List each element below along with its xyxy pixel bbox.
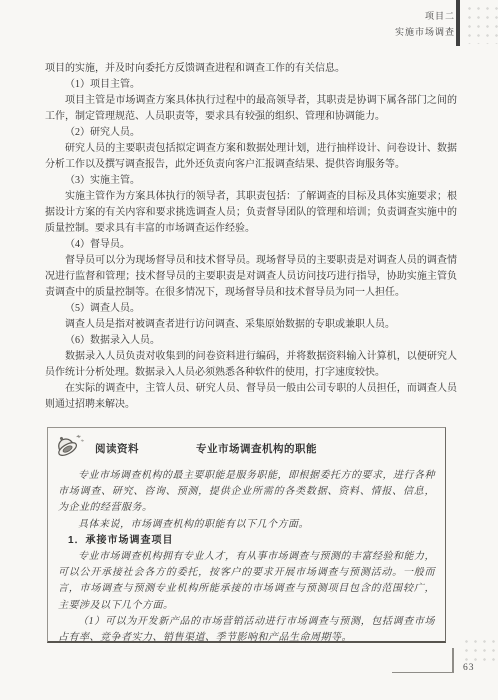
box-paragraph: 具体来说，市场调查机构的职能有以下几个方面。 [58, 517, 435, 533]
paragraph: 研究人员的主要职责包括拟定调查方案和数据处理计划，进行抽样设计、问卷设计、数据分… [45, 141, 457, 173]
reading-box-label: 阅读资料 [95, 441, 139, 456]
paragraph: 实施主管作为方案具体执行的领导者，其职责包括：了解调查的目标及具体实施要求；根据… [45, 189, 457, 237]
paragraph: 调查人员是指对被调查者进行访问调查、采集原始数据的专职或兼职人员。 [45, 317, 457, 333]
chapter-number: 项目二 [395, 9, 455, 25]
paragraph: 在实际的调查中，主管人员、研究人员、督导员一般由公司专职的人员担任，而调查人员则… [45, 381, 457, 413]
paragraph: （6）数据录入人员。 [45, 333, 457, 349]
paragraph: （4）督导员。 [45, 237, 457, 253]
running-header: 项目二 实施市场调查 [395, 9, 455, 40]
paragraph: （3）实施主管。 [45, 173, 457, 189]
paragraph: （1）项目主管。 [45, 77, 457, 93]
paragraph: （2）研究人员。 [45, 125, 457, 141]
paragraph: （5）调查人员。 [45, 301, 457, 317]
corner-rule-vertical [452, 648, 454, 673]
box-section-heading: 1．承接市场调查项目 [58, 533, 435, 549]
dot-pattern-bottom [461, 636, 498, 662]
corner-rule-horizontal [392, 672, 454, 674]
paragraph: 项目主管是市场调查方案具体执行过程中的最高领导者，其职责是协调下属各部门之间的工… [45, 93, 457, 125]
reading-box-title: 专业市场调查机构的职能 [196, 441, 317, 456]
header-rule-bar [456, 0, 460, 46]
chapter-title: 实施市场调查 [395, 25, 455, 41]
page-number: 63 [463, 663, 475, 673]
body-text: 项目的实施，并及时向委托方反馈调查进程和调查工作的有关信息。 （1）项目主管。 … [45, 61, 457, 413]
paragraph: 数据录入人员负责对收集到的问卷资料进行编码，并将数据资料输入计算机，以便研究人员… [45, 349, 457, 381]
reading-box-header: 阅读资料 专业市场调查机构的职能 [48, 428, 445, 465]
reading-box-content: 专业市场调查机构的最主要职能是服务职能，即根据委托方的要求，进行各种市场调查、研… [48, 465, 445, 643]
paragraph: 项目的实施，并及时向委托方反馈调查进程和调查工作的有关信息。 [45, 61, 457, 77]
book-page: 项目二 实施市场调查 项目的实施，并及时向委托方反馈调查进程和调查工作的有关信息… [0, 0, 498, 700]
box-paragraph: （1）可以为开发新产品的市场营销活动进行市场调查与预测，包括调查市场占有率、竞争… [58, 614, 435, 643]
paragraph: 督导员可以分为现场督导员和技术督导员。现场督导员的主要职责是对调查人员的调查情况… [45, 253, 457, 301]
box-paragraph: 专业市场调查机构拥有专业人才，有从事市场调查与预测的丰富经验和能力，可以公开承接… [58, 549, 435, 614]
reading-material-box: 阅读资料 专业市场调查机构的职能 专业市场调查机构的最主要职能是服务职能，即根据… [47, 427, 446, 643]
box-paragraph: 专业市场调查机构的最主要职能是服务职能，即根据委托方的要求，进行各种市场调查、研… [58, 468, 435, 517]
bell-megaphone-icon [54, 432, 86, 465]
dot-pattern-top [464, 3, 498, 44]
